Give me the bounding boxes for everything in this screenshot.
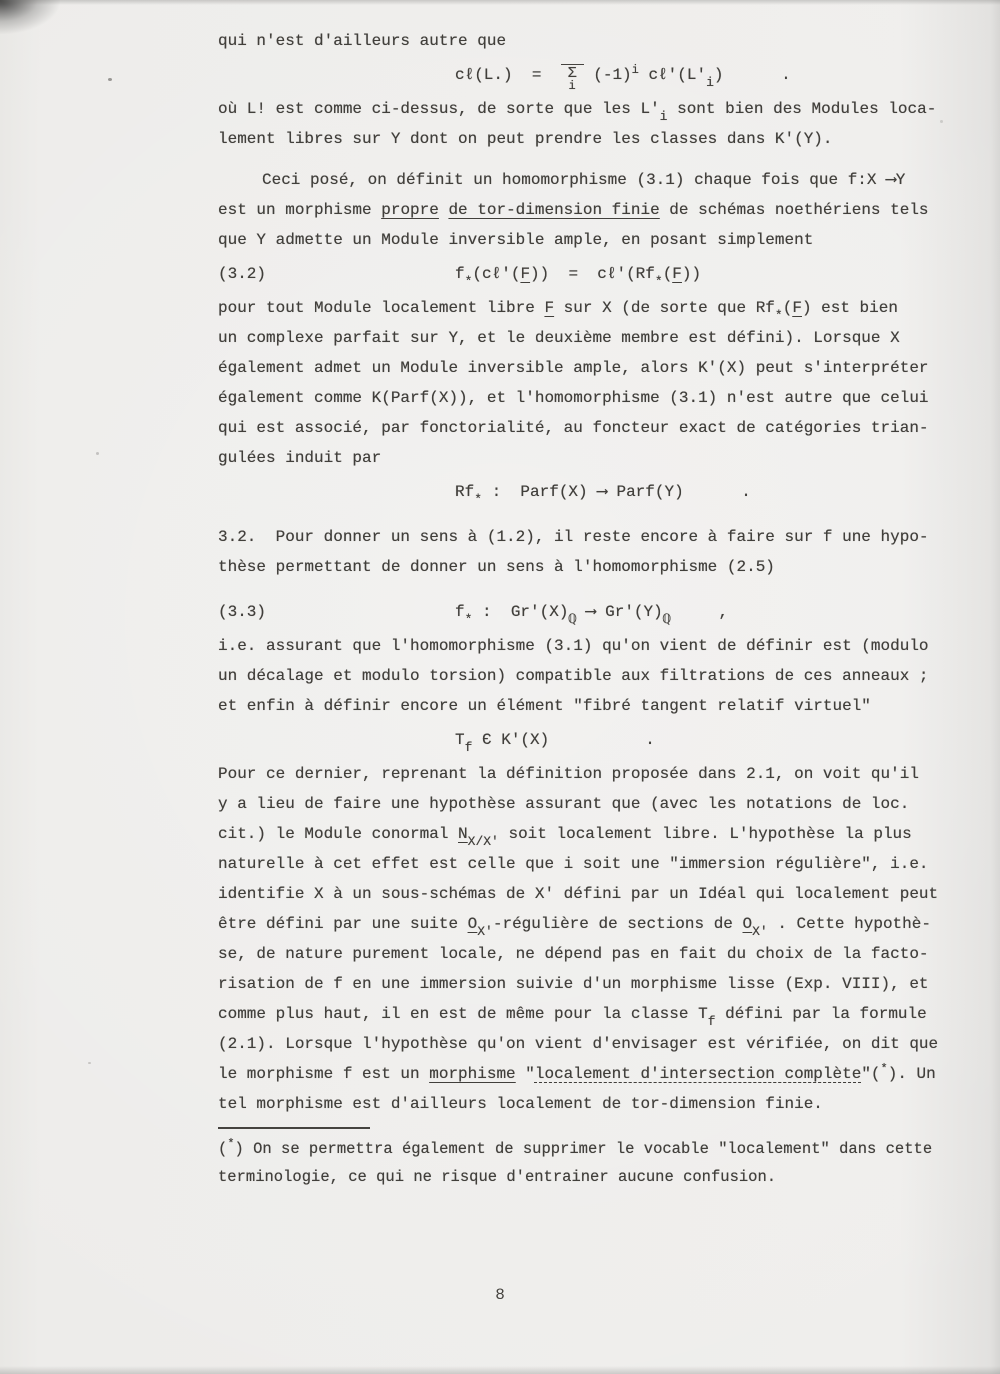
- summation-sign: Σi: [561, 64, 584, 91]
- text-line: identifie X à un sous-schémas de X' défi…: [218, 879, 986, 909]
- text-line: se, de nature purement locale, ne dépend…: [218, 939, 986, 969]
- text-line: que Y admette un Module inversible ample…: [218, 225, 986, 255]
- text-line: un complexe parfait sur Y, et le deuxièm…: [218, 323, 986, 353]
- equation-label: (3.2): [218, 255, 266, 293]
- line-text: lement libres sur Y dont on peut prendre…: [218, 130, 833, 148]
- text-line: naturelle à cet effet est celle que i so…: [218, 849, 986, 879]
- scan-edge-shadow-bottom: [0, 1366, 1000, 1374]
- line-text: et enfin à définir encore un élément "fi…: [218, 697, 871, 715]
- line-text: également admet un Module inversible amp…: [218, 359, 929, 377]
- line-text: un décalage et modulo torsion) compatibl…: [218, 667, 929, 685]
- text-line: un décalage et modulo torsion) compatibl…: [218, 661, 986, 691]
- line-text: thèse permettant de donner un sens à l'h…: [218, 558, 775, 576]
- line-text: f* : Gr'(X)ℚ ⟶ Gr'(Y)ℚ ,: [218, 593, 728, 632]
- line-text: Pour ce dernier, reprenant la définition…: [218, 765, 919, 783]
- line-text: identifie X à un sous-schémas de X' défi…: [218, 885, 938, 903]
- text-line: risation de f en une immersion suivie d'…: [218, 969, 986, 999]
- text-line: est un morphisme propre de tor-dimension…: [218, 195, 986, 225]
- text-line: et enfin à définir encore un élément "fi…: [218, 691, 986, 721]
- text-line: lement libres sur Y dont on peut prendre…: [218, 124, 986, 154]
- line-text: cit.) le Module conormal NX/X' soit loca…: [218, 825, 912, 843]
- line-text: tel morphisme est d'ailleurs localement …: [218, 1095, 823, 1113]
- page-number: 8: [0, 1286, 1000, 1304]
- line-text: qui n'est d'ailleurs autre que: [218, 32, 506, 50]
- line-text: que Y admette un Module inversible ample…: [218, 231, 813, 249]
- text-line: thèse permettant de donner un sens à l'h…: [218, 552, 986, 582]
- footnote-line: (*) On se permettra également de supprim…: [218, 1135, 986, 1163]
- formula-line: (3.3)f* : Gr'(X)ℚ ⟶ Gr'(Y)ℚ ,: [218, 593, 986, 631]
- line-text: un complexe parfait sur Y, et le deuxièm…: [218, 329, 900, 347]
- line-text: cℓ(L.) = Σi (-1)i cℓ'(L'i) .: [218, 56, 791, 95]
- text-line: également comme K(Parf(X)), et l'homomor…: [218, 383, 986, 413]
- text-line: comme plus haut, il en est de même pour …: [218, 999, 986, 1029]
- footnote-line: terminologie, ce qui ne risque d'entrain…: [218, 1163, 986, 1191]
- line-text: terminologie, ce qui ne risque d'entrain…: [218, 1168, 776, 1186]
- line-text: pour tout Module localement libre F sur …: [218, 299, 898, 317]
- formula-line: Rf* : Parf(X) ⟶ Parf(Y) .: [218, 473, 986, 511]
- scan-speck: [96, 452, 99, 455]
- footnote-rule: [218, 1127, 370, 1129]
- line-text: naturelle à cet effet est celle que i so…: [218, 855, 929, 873]
- text-line: également admet un Module inversible amp…: [218, 353, 986, 383]
- text-line: gulées induit par: [218, 443, 986, 473]
- line-text: Tf Є K'(X) .: [218, 721, 655, 760]
- formula-line: cℓ(L.) = Σi (-1)i cℓ'(L'i) .: [218, 56, 986, 94]
- scan-speck: [88, 1062, 91, 1064]
- line-text: i.e. assurant que l'homomorphisme (3.1) …: [218, 637, 929, 655]
- line-text: Rf* : Parf(X) ⟶ Parf(Y) .: [218, 473, 751, 512]
- text-line: le morphisme f est un morphisme "localem…: [218, 1059, 986, 1089]
- line-text: également comme K(Parf(X)), et l'homomor…: [218, 389, 929, 407]
- scan-corner-smudge: [0, 0, 60, 34]
- line-text: Ceci posé, on définit un homomorphisme (…: [218, 171, 905, 189]
- text-line: y a lieu de faire une hypothèse assurant…: [218, 789, 986, 819]
- line-text: (2.1). Lorsque l'hypothèse qu'on vient d…: [218, 1035, 938, 1053]
- line-text: se, de nature purement locale, ne dépend…: [218, 945, 929, 963]
- text-line: i.e. assurant que l'homomorphisme (3.1) …: [218, 631, 986, 661]
- formula-line: Tf Є K'(X) .: [218, 721, 986, 759]
- text-line: où L! est comme ci-dessus, de sorte que …: [218, 94, 986, 124]
- scanned-paper-page: qui n'est d'ailleurs autre quecℓ(L.) = Σ…: [0, 0, 1000, 1374]
- text-block: qui n'est d'ailleurs autre quecℓ(L.) = Σ…: [218, 26, 986, 1191]
- line-text: gulées induit par: [218, 449, 381, 467]
- text-line: qui n'est d'ailleurs autre que: [218, 26, 986, 56]
- formula-line: (3.2)f*(cℓ'(F)) = cℓ'(Rf*(F)): [218, 255, 986, 293]
- line-text: f*(cℓ'(F)) = cℓ'(Rf*(F)): [218, 255, 701, 294]
- text-line: qui est associé, par fonctorialité, au f…: [218, 413, 986, 443]
- text-line: pour tout Module localement libre F sur …: [218, 293, 986, 323]
- footnote-separator: [218, 1119, 986, 1135]
- line-text: comme plus haut, il en est de même pour …: [218, 1005, 927, 1023]
- equation-label: (3.3): [218, 593, 266, 631]
- text-line: tel morphisme est d'ailleurs localement …: [218, 1089, 986, 1119]
- line-text: risation de f en une immersion suivie d'…: [218, 975, 929, 993]
- text-line: cit.) le Module conormal NX/X' soit loca…: [218, 819, 986, 849]
- line-text: (*) On se permettra également de supprim…: [218, 1140, 932, 1158]
- text-line: Ceci posé, on définit un homomorphisme (…: [218, 165, 986, 195]
- scan-speck: [108, 78, 112, 81]
- scan-edge-shadow-top: [0, 0, 1000, 5]
- line-text: être défini par une suite OX'-régulière …: [218, 915, 931, 933]
- line-text: est un morphisme propre de tor-dimension…: [218, 201, 929, 219]
- text-line: être défini par une suite OX'-régulière …: [218, 909, 986, 939]
- text-line: Pour ce dernier, reprenant la définition…: [218, 759, 986, 789]
- line-text: 3.2. Pour donner un sens à (1.2), il res…: [218, 528, 929, 546]
- text-line: (2.1). Lorsque l'hypothèse qu'on vient d…: [218, 1029, 986, 1059]
- line-text: y a lieu de faire une hypothèse assurant…: [218, 795, 909, 813]
- text-line: 3.2. Pour donner un sens à (1.2), il res…: [218, 522, 986, 552]
- line-text: qui est associé, par fonctorialité, au f…: [218, 419, 929, 437]
- line-text: où L! est comme ci-dessus, de sorte que …: [218, 100, 936, 118]
- line-text: le morphisme f est un morphisme "localem…: [218, 1065, 936, 1083]
